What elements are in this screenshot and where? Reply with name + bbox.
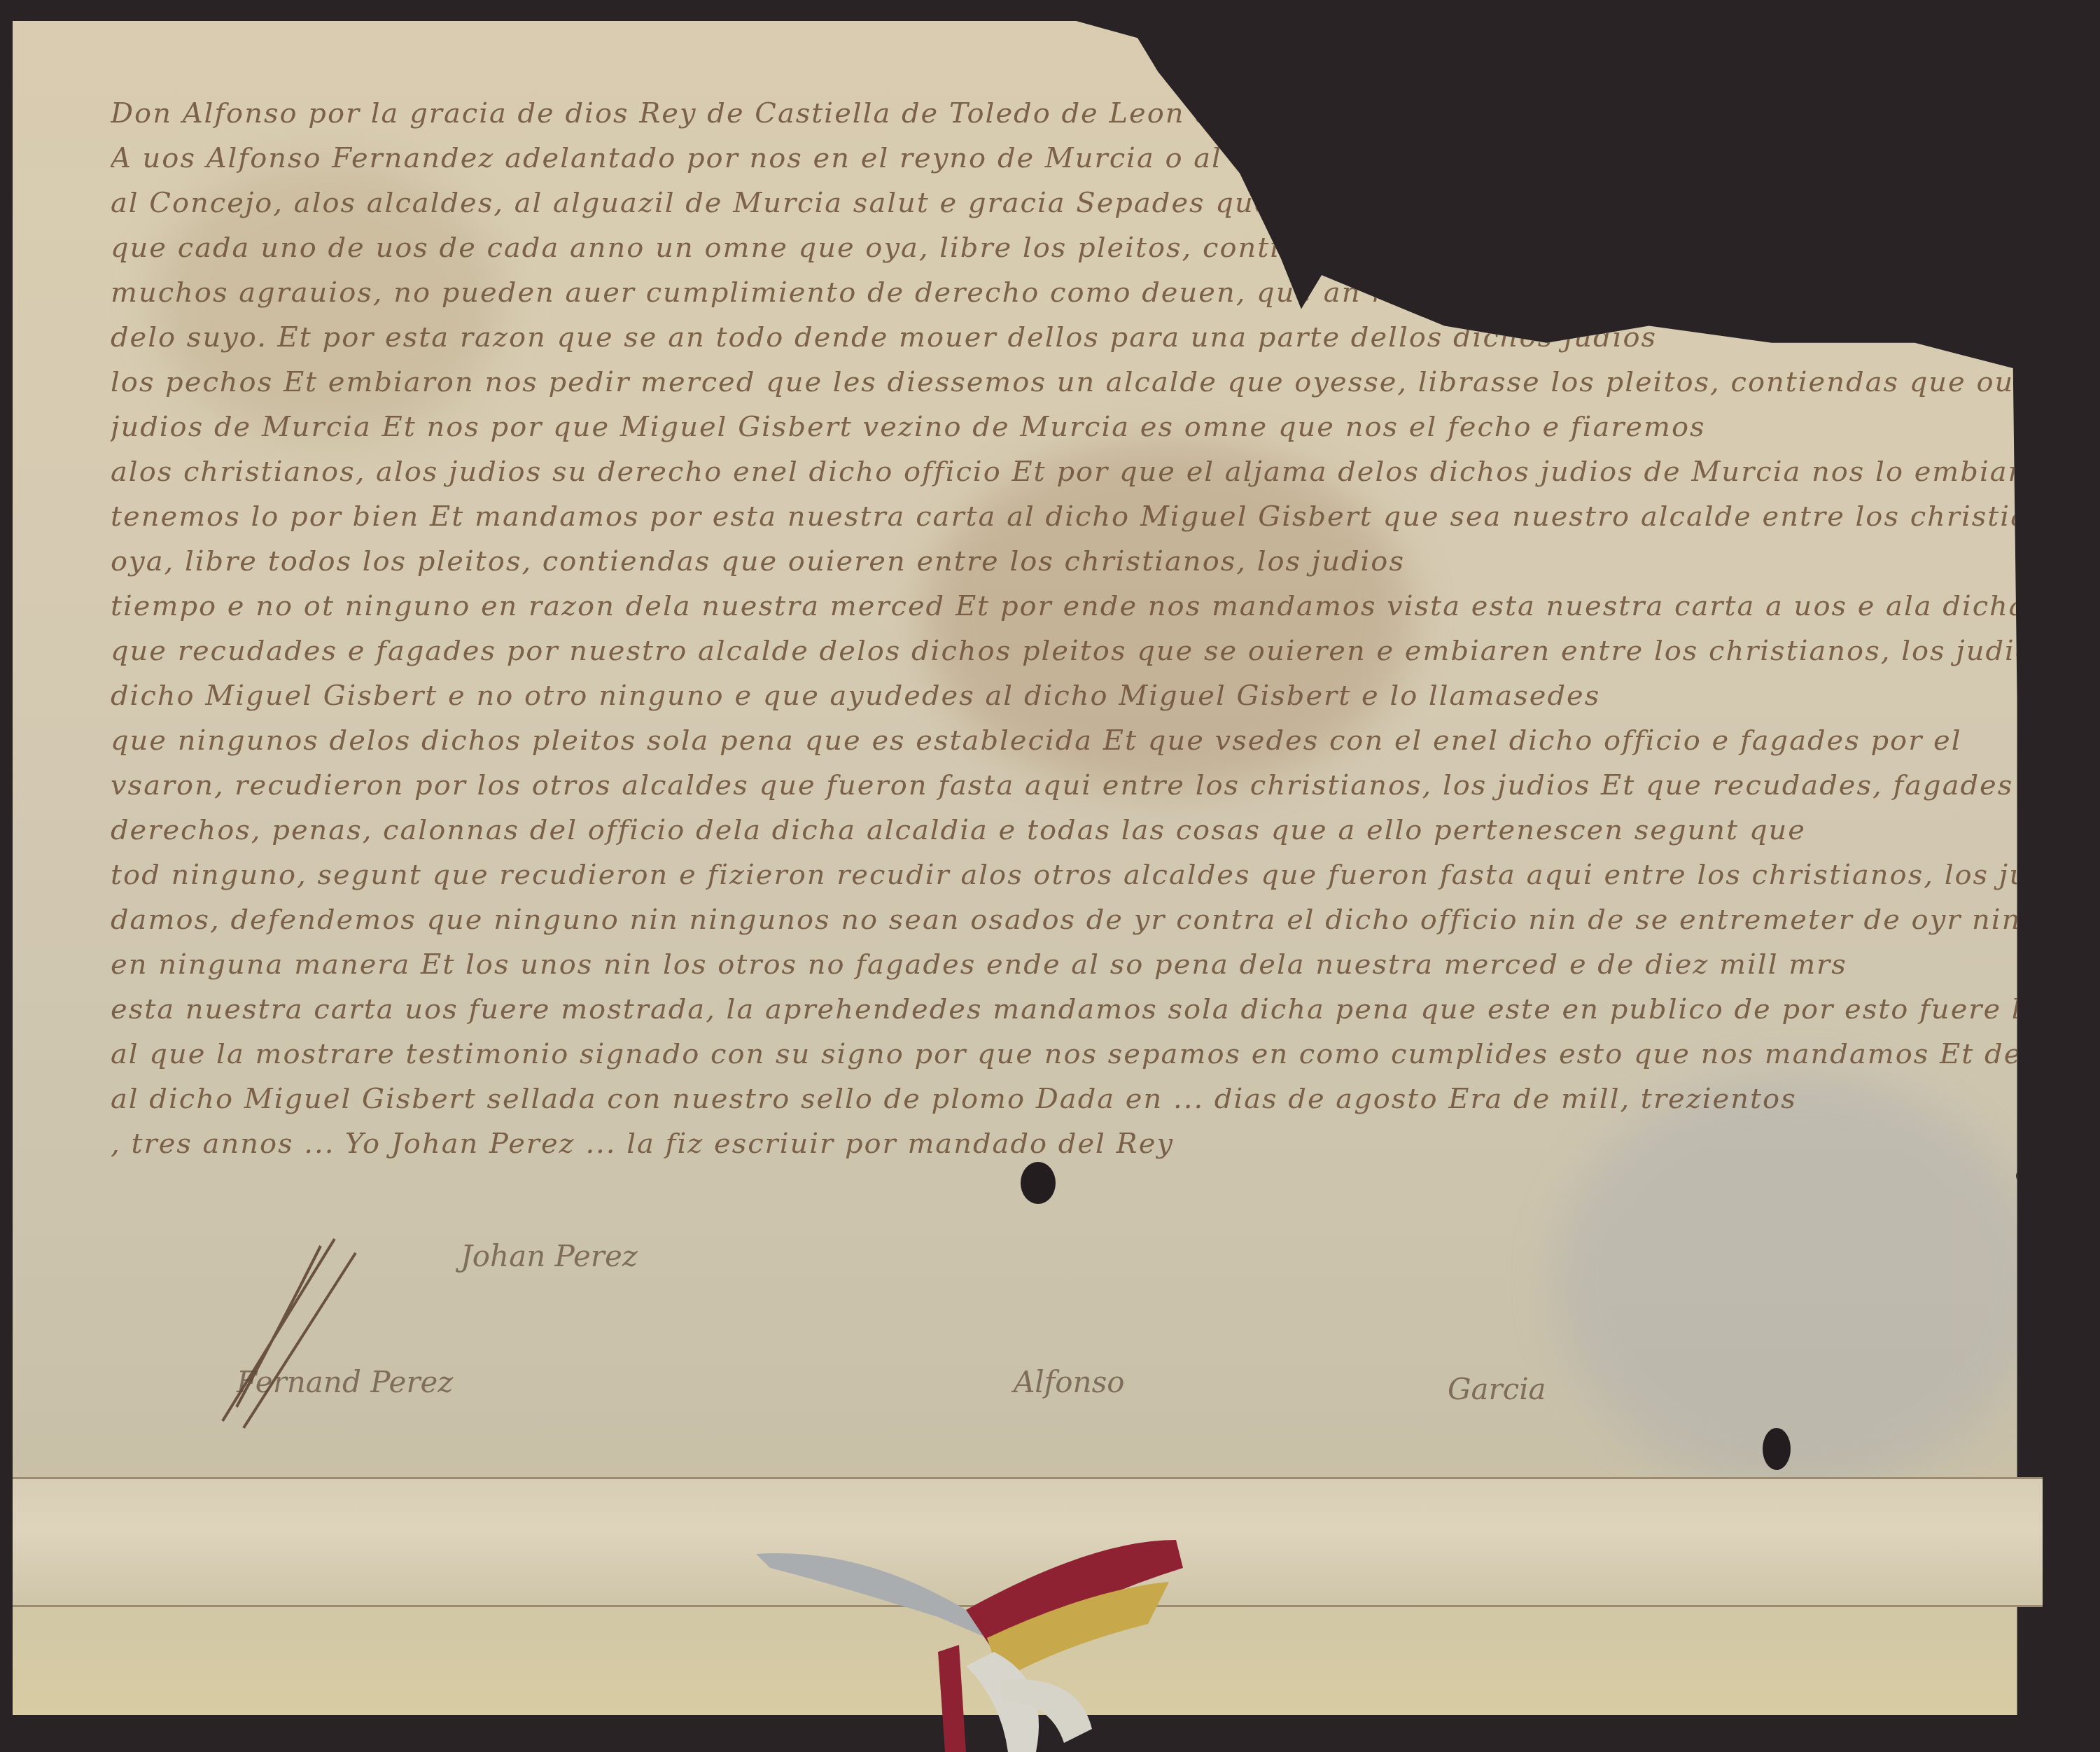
text-line: A uos Alfonso Fernandez adelantado por n… <box>111 136 2057 181</box>
text-line: al que la mostrare testimonio signado co… <box>111 1032 2057 1077</box>
text-line: , tres annos ... Yo Johan Perez ... la f… <box>111 1121 2057 1166</box>
text-line: que recudades e fagades por nuestro alca… <box>111 629 2057 673</box>
text-line: que ningunos delos dichos pleitos sola p… <box>111 718 2057 763</box>
text-line: dicho Miguel Gisbert e no otro ninguno e… <box>111 673 2057 718</box>
charter-text: Don Alfonso por la gracia de dios Rey de… <box>111 91 2057 1166</box>
signatures-area: Fernand Perez Johan Perez Alfonso Garcia <box>209 1225 1889 1435</box>
text-line: derechos, penas, calonnas del officio de… <box>111 808 2057 853</box>
hole <box>1021 1162 1056 1204</box>
text-line: al dicho Miguel Gisbert sellada con nues… <box>111 1077 2057 1121</box>
text-line: Don Alfonso por la gracia de dios Rey de… <box>111 91 2057 136</box>
text-line: muchos agrauios, no pueden auer cumplimi… <box>111 270 2057 315</box>
hole <box>2016 1169 2030 1183</box>
text-line: al Concejo, alos alcaldes, al alguazil d… <box>111 181 2057 225</box>
text-line: en ninguna manera Et los unos nin los ot… <box>111 942 2057 987</box>
signature: Johan Perez <box>461 1239 638 1273</box>
parchment-charter: Don Alfonso por la gracia de dios Rey de… <box>13 21 2058 1715</box>
text-line: damos, defendemos que ninguno nin ningun… <box>111 897 2057 942</box>
text-line: vsaron, recudieron por los otros alcalde… <box>111 763 2057 808</box>
signature: Alfonso <box>1014 1365 1124 1399</box>
text-line: los pechos Et embiaron nos pedir merced … <box>111 360 2057 405</box>
text-line: tenemos lo por bien Et mandamos por esta… <box>111 494 2057 539</box>
text-line: oya, libre todos los pleitos, contiendas… <box>111 539 2057 584</box>
text-line: delo suyo. Et por esta razon que se an t… <box>111 315 2057 360</box>
text-line: que cada uno de uos de cada anno un omne… <box>111 225 2057 270</box>
text-line: alos christianos, alos judios su derecho… <box>111 449 2057 494</box>
tear <box>1763 1428 1791 1470</box>
signature: Fernand Perez <box>237 1365 453 1399</box>
seal-cord-icon <box>756 1540 1400 1752</box>
text-line: tiempo e no ot ninguno en razon dela nue… <box>111 584 2057 629</box>
signature: Garcia <box>1448 1372 1546 1406</box>
text-line: esta nuestra carta uos fuere mostrada, l… <box>111 987 2057 1032</box>
text-line: judios de Murcia Et nos por que Miguel G… <box>111 405 2057 449</box>
text-line: tod ninguno, segunt que recudieron e fiz… <box>111 853 2057 897</box>
flourish-signature-icon <box>195 1225 475 1435</box>
